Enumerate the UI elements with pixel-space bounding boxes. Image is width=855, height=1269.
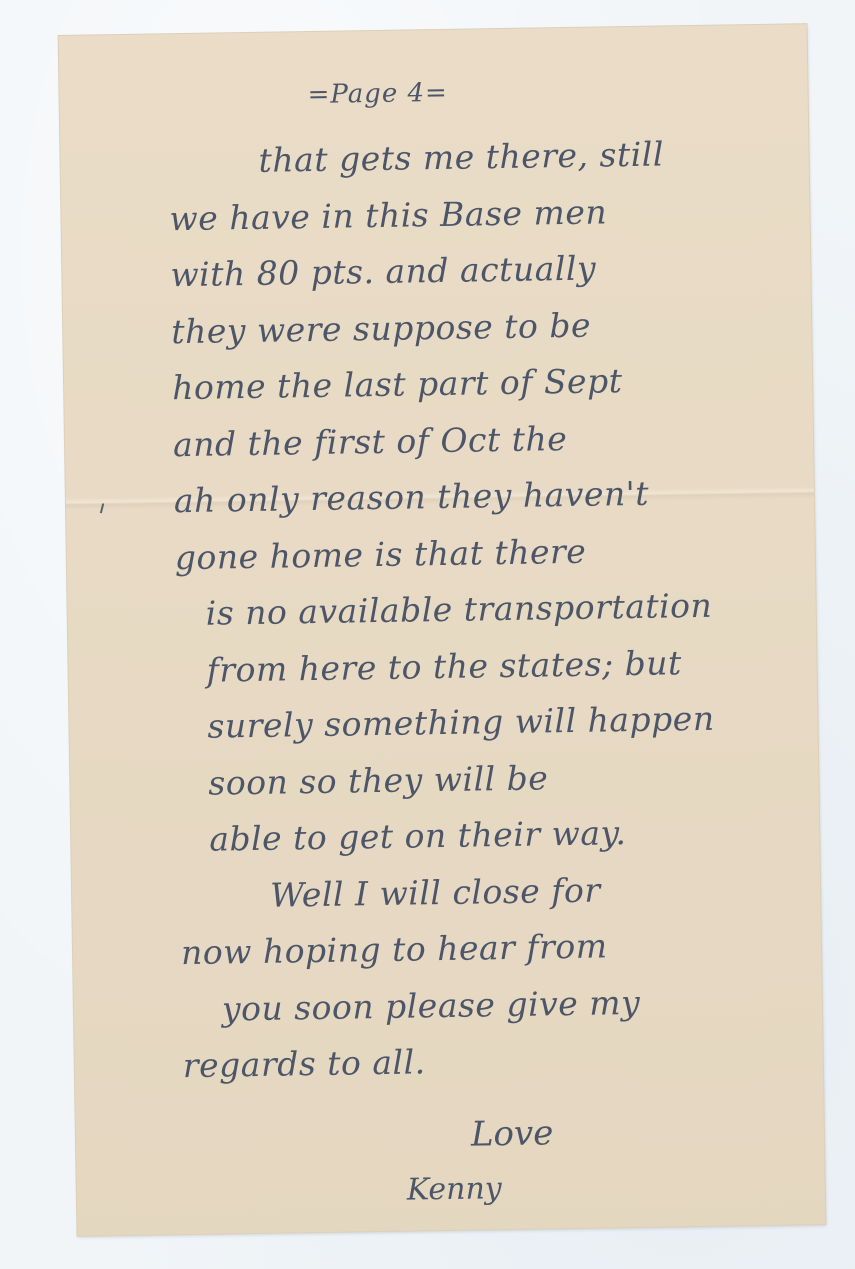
letter-line: Well I will close for [180,859,801,925]
letter-line: we have in this Base men [169,181,790,247]
letter-line: is no available transportation [175,576,796,642]
letter-page: =Page 4= that gets me there, still we ha… [59,24,826,1236]
letter-line: home the last part of Sept [172,350,793,416]
signature: Kenny [407,1171,502,1207]
letter-line: able to get on their way. [179,802,800,868]
letter-closing: Love [471,1113,554,1154]
letter-line: gone home is that there [174,520,795,586]
letter-line: that gets me there, still [168,125,789,191]
letter-body: that gets me there, still we have in thi… [168,125,803,1095]
letter-line: with 80 pts. and actually [170,237,791,303]
letter-line: surely something will happen [177,689,798,755]
letter-line: you soon please give my [181,972,802,1038]
letter-line: they were suppose to be [171,294,792,360]
letter-line: ah only reason they haven't [174,463,795,529]
page-number-label: =Page 4= [307,78,448,110]
letter-line: and the first of Oct the [173,407,794,473]
letter-line: now hoping to hear from [181,915,802,981]
letter-line: soon so they will be [178,746,799,812]
letter-line: regards to all. [182,1028,803,1094]
letter-line: from here to the states; but [176,633,797,699]
